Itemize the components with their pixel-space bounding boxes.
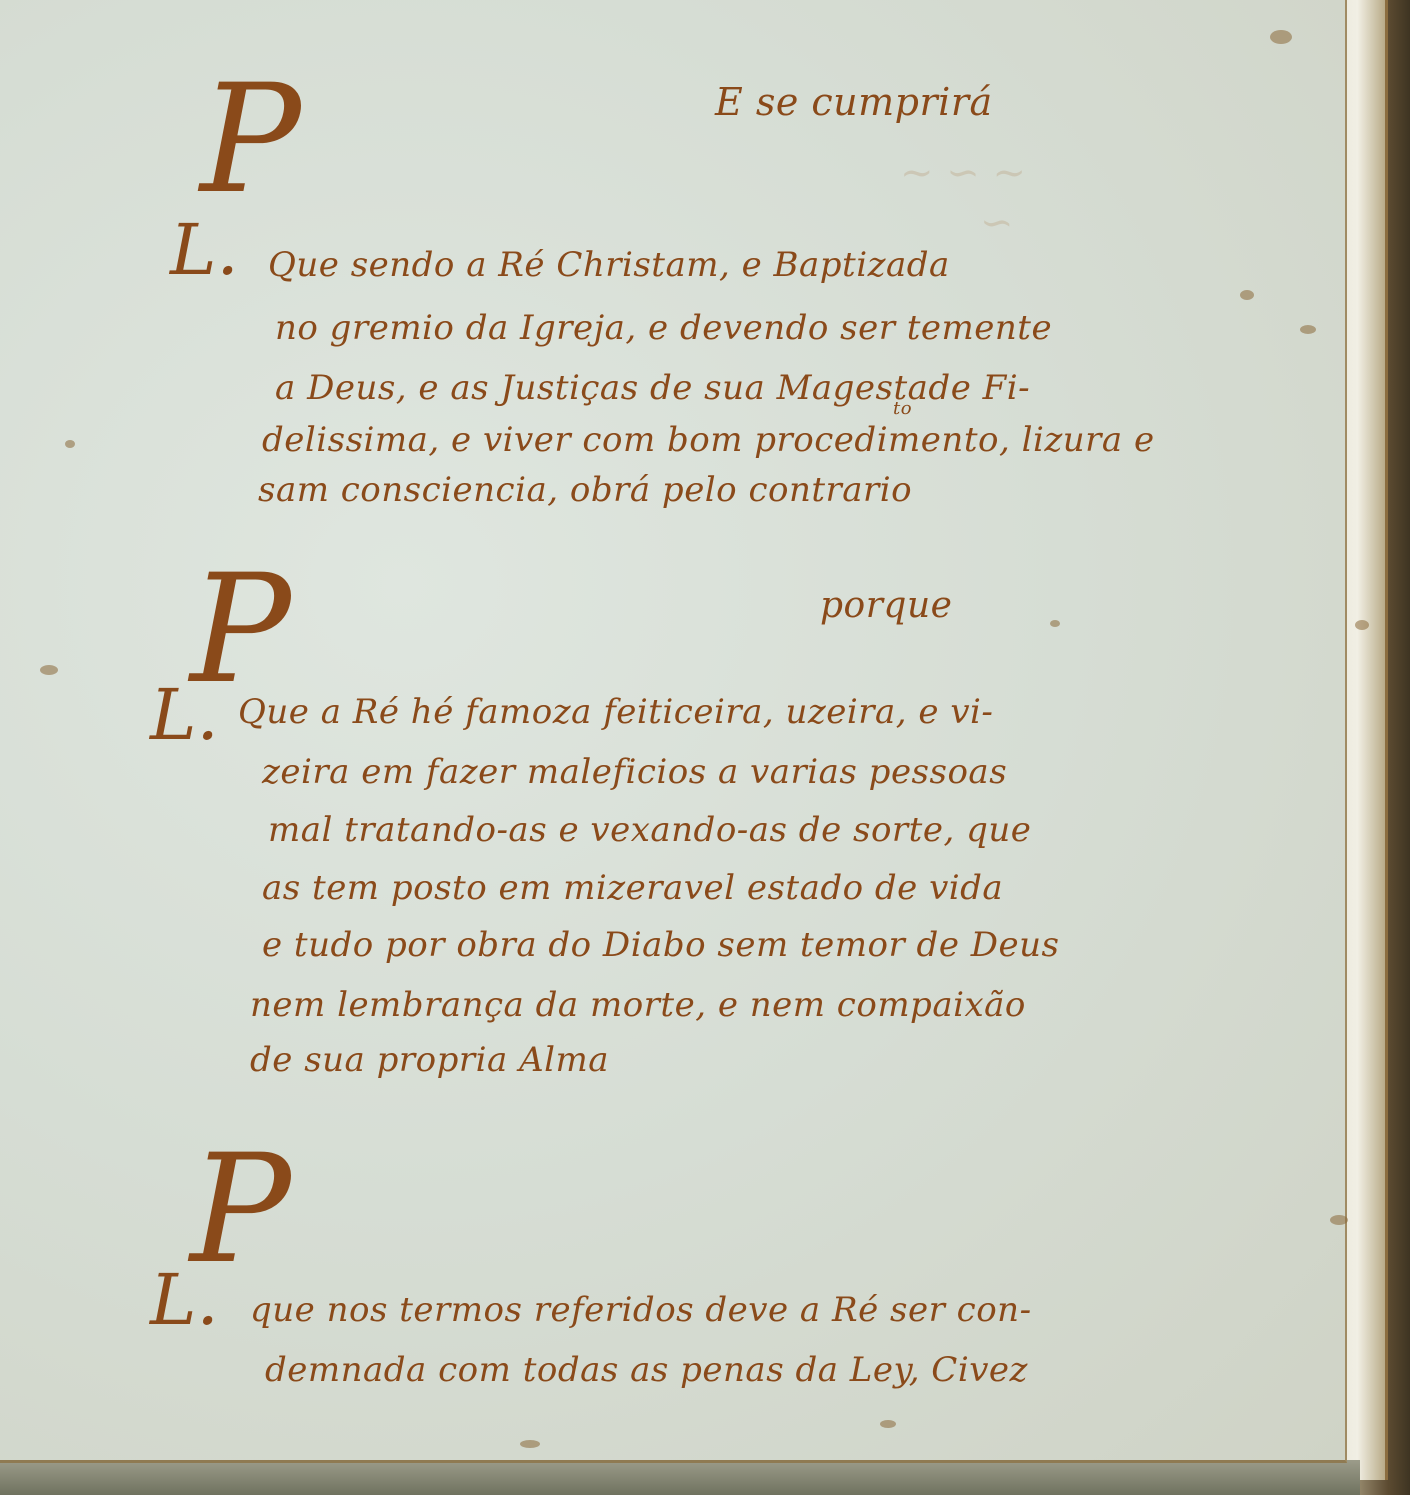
article-1-line-4: delissima, e viver com bom procedimento,… <box>262 420 1155 460</box>
manuscript-page: ~ ∽ ~ ∽ E se cumprirá P L. Que sendo a R… <box>0 0 1347 1463</box>
margin-mark-l-1: L. <box>170 215 239 285</box>
paper-stain <box>40 665 58 675</box>
page-heading: E se cumprirá <box>715 80 993 124</box>
paper-stain <box>1270 30 1292 44</box>
article-2-line-5: e tudo por obra do Diabo sem temor de De… <box>262 925 1059 965</box>
paper-stain <box>65 440 75 448</box>
paper-stain <box>1050 620 1060 627</box>
margin-mark-l-2: L. <box>150 680 219 750</box>
paper-stain <box>1240 290 1254 300</box>
article-2-line-3: mal tratando-as e vexando-as de sorte, q… <box>268 810 1031 850</box>
article-2-line-4: as tem posto em mizeravel estado de vida <box>262 868 1003 908</box>
article-3-line-1: que nos termos referidos deve a Ré ser c… <box>250 1290 1032 1330</box>
page-bottom-shadow <box>0 1460 1360 1495</box>
article-3-line-2: demnada com todas as penas da Ley, Civez <box>265 1350 1028 1390</box>
article-2-line-7: de sua propria Alma <box>250 1040 609 1080</box>
superscript-abbrev: to <box>893 398 912 419</box>
aside-porque: porque <box>820 585 952 626</box>
paper-stain <box>1300 325 1316 334</box>
margin-mark-l-3: L. <box>150 1265 219 1335</box>
bleed-through-flourish: ~ ∽ ~ <box>900 150 1026 196</box>
paper-stain <box>1355 620 1369 630</box>
article-1-line-5: sam consciencia, obrá pelo contrario <box>258 470 912 510</box>
article-2-line-2: zeira em fazer maleficios a varias pesso… <box>262 752 1007 792</box>
article-1-line-1: Que sendo a Ré Christam, e Baptizada <box>268 245 950 285</box>
article-1-line-2: no gremio da Igreja, e devendo ser temen… <box>275 308 1052 348</box>
article-2-line-1: Que a Ré hé famoza feiticeira, uzeira, e… <box>238 692 993 732</box>
paper-stain <box>880 1420 896 1428</box>
article-2-line-6: nem lembrança da morte, e nem compaixão <box>250 985 1026 1025</box>
margin-mark-p-1: P <box>200 65 301 215</box>
paper-stain <box>520 1440 540 1448</box>
paper-stain <box>1330 1215 1348 1225</box>
article-1-line-3: a Deus, e as Justiças de sua Magestade F… <box>275 368 1030 408</box>
bleed-through-flourish: ∽ <box>980 200 1014 246</box>
